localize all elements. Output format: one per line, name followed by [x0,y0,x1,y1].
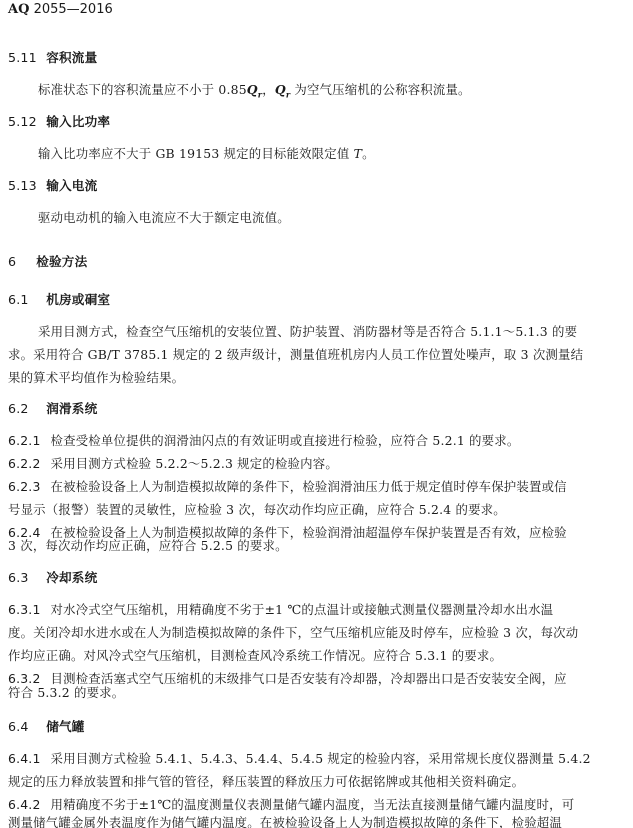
standard-prefix: AQ [8,2,29,17]
clause-6-2-1: 6.2.1检查受检单位提供的润滑油闪点的有效证明或直接进行检验，应符合 5.2.… [8,433,625,449]
paragraph-5-11: 标准状态下的容积流量应不小于 0.85Qr，Qr 为空气压缩机的公称容积流量。 [38,82,625,102]
heading-6-2: 6.2 润滑系统 [8,401,625,417]
clause-6-4-2-cont: 测量储气罐金属外表温度作为储气罐内温度。在被检验设备上人为制造模拟故障的条件下，… [8,815,625,828]
paragraph-5-12: 输入比功率应不大于 GB 19153 规定的目标能效限定值 T。 [38,146,625,162]
clause-6-3-1: 6.3.1对水冷式空气压缩机，用精确度不劣于±1 ℃的点温计或接触式测量仪器测量… [8,602,625,618]
clause-6-2-4-cont: 3 次，每次动作均应正确，应符合 5.2.5 的要求。 [8,538,625,554]
paragraph-6-1-line-1: 采用目测方式，检查空气压缩机的安装位置、防护装置、消防器材等是否符合 5.1.1… [38,324,625,340]
heading-6-4: 6.4 储气罐 [8,719,625,735]
standard-number: 2055—2016 [34,2,113,17]
clause-6-4-2: 6.4.2用精确度不劣于±1℃的温度测量仪表测量储气罐内温度，当无法直接测量储气… [8,797,625,813]
clause-6-2-2: 6.2.2采用目测方式检验 5.2.2～5.2.3 规定的检验内容。 [8,456,625,472]
heading-5-11: 5.11 容积流量 [8,50,625,66]
clause-6-3-1-cont-2: 作均应正确。对风冷式空气压缩机，目测检查风冷系统工作情况。应符合 5.3.1 的… [8,648,625,664]
heading-5-12: 5.12 输入比功率 [8,114,625,130]
paragraph-5-13: 驱动电动机的输入电流应不大于额定电流值。 [38,210,625,226]
paragraph-6-1-line-2: 求。采用符合 GB/T 3785.1 规定的 2 级声级计，测量值班机房内人员工… [8,347,625,363]
clause-6-2-3-cont: 号显示（报警）装置的灵敏性，应检验 3 次，每次动作均应正确，应符合 5.2.4… [8,502,625,518]
clause-6-3-2-cont: 符合 5.3.2 的要求。 [8,685,625,701]
clause-6-4-1-cont: 规定的压力释放装置和排气管的管径，释压装置的释放压力可依据铭牌或其他相关资料确定… [8,774,625,790]
paragraph-6-1-line-3: 果的算术平均值作为检验结果。 [8,370,625,386]
heading-5-13: 5.13 输入电流 [8,178,625,194]
clause-6-4-1: 6.4.1采用目测方式检验 5.4.1、5.4.3、5.4.4、5.4.5 规定… [8,751,625,767]
document-page: AQ 2055—2016 5.11 容积流量 标准状态下的容积流量应不小于 0.… [0,0,633,828]
heading-6-3: 6.3 冷却系统 [8,570,625,586]
heading-6: 6 检验方法 [8,254,625,270]
clause-6-2-3: 6.2.3在被检验设备上人为制造模拟故障的条件下，检验润滑油压力低于规定值时停车… [8,479,625,495]
heading-6-1: 6.1 机房或硐室 [8,292,625,308]
standard-header: AQ 2055—2016 [8,2,113,17]
clause-6-3-1-cont-1: 度。关闭冷却水进水或在人为制造模拟故障的条件下，空气压缩机应能及时停车，应检验 … [8,625,625,641]
